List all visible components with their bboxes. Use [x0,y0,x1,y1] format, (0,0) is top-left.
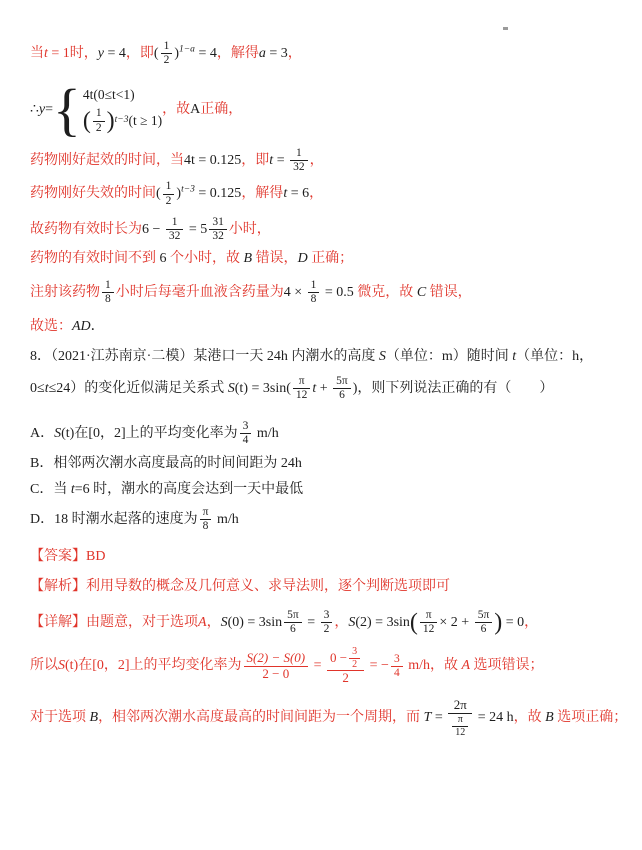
fraction-denominator: 4 [391,667,403,680]
text-segment: ， [207,615,221,630]
math-segment: 4 × [284,285,306,300]
fraction-numerator: 1 [93,107,105,121]
fraction-denominator: 6 [284,623,302,636]
text-segment: 微克，故 [357,285,417,300]
q8-option-a: A．S(t)在[0，2]上的平均变化率为34 m/h [30,420,618,447]
text-segment: 时， [70,46,98,61]
math-segment: = 0 [502,615,524,630]
math-segment: = [431,711,446,726]
text-segment: 故选： [30,319,72,334]
sol7-line4: 药物刚好失效的时间(12)t−3 = 0.125，解得t = 6， [30,180,618,207]
q8-option-d: D．18 时潮水起落的速度为π8 m/h [30,506,618,533]
text-segment: 药物刚好起效的时间，当 [30,153,184,168]
fraction: 5π6 [284,609,302,636]
fraction-denominator: 2 [321,623,333,636]
fraction-denominator: 2 [349,659,360,671]
sol7-line1: 当t = 1时，y = 4，即(12)1−a = 4，解得a = 3， [30,40,618,67]
text-segment: （单位：m）随时间 [386,349,512,364]
answer-letters: AD [72,319,91,334]
q8-answer: 【答案】BD [30,547,618,567]
math-variable: S [379,349,386,364]
fraction-denominator: 2 [163,195,175,208]
big-paren: ( [410,610,418,636]
fraction-denominator: π12 [448,714,472,738]
fraction: 12 [93,107,105,134]
math-segment: = 4 [104,46,126,61]
cases-brace: { [53,85,81,134]
fraction-numerator: π [293,375,311,389]
math-segment: = [273,153,288,168]
option-label: C．当 [30,482,71,497]
fraction-denominator: 4 [240,434,252,447]
text-segment: 小时， [229,222,271,237]
q8-stem-line2: 0≤t≤24）的变化近似满足关系式 S(t) = 3sin(π12t + 5π6… [30,375,618,402]
fraction-numerator: 31 [209,216,227,230]
fraction-denominator: 12 [420,623,438,636]
fraction-numerator: 5π [333,375,351,389]
math-segment: = [310,659,325,674]
fraction-denominator: 12 [452,727,468,739]
q8-option-c: C．当 t=6 时，潮水的高度会达到一天中最低 [30,480,618,500]
fraction-numerator: π [420,609,438,623]
fraction-numerator: 1 [290,147,308,161]
math-segment: = 24 [474,711,503,726]
math-segment: 6 − [142,222,164,237]
piecewise-cases: {4t(0≤t<1)(12)t−3(t ≥ 1) [53,85,162,134]
math-variable: a [259,46,266,61]
fraction: 132 [290,147,308,174]
unit-label: m/h [213,511,238,526]
fraction-denominator: 32 [166,230,184,243]
fraction-numerator: 3 [321,609,333,623]
fraction: π12 [420,609,438,636]
big-paren: ( [83,109,91,133]
text-segment: 选项正确； [554,711,628,726]
math-segment: = 1 [48,46,70,61]
option-letter: B [90,711,99,726]
text-segment: ， [524,615,538,630]
math-segment: 4t = 0.125 [184,153,241,168]
math-variable: S [228,381,235,396]
fraction-denominator: 8 [308,293,320,306]
exponent: 1−a [179,44,195,54]
answer-text: 【答案】BD [30,549,105,564]
text-segment: ， [334,615,348,630]
cases-row-2: (12)t−3(t ≥ 1) [83,107,162,134]
exponent: t−3 [115,116,129,126]
sol7-answer-choice: 故选：AD． [30,317,618,337]
text-segment: 错误， [430,285,472,300]
nested-fraction: π12 [452,714,468,738]
math-segment: (t ≥ 1) [128,111,162,131]
sol7-line7: 注射该药物18小时后每毫升血液含药量为4 × 18 = 0.5 微克，故 C 错… [30,279,618,306]
fraction-numerator: π [200,506,212,520]
option-label: A． [30,426,54,441]
option-letter: B [244,251,256,266]
text-segment: ，故 [162,100,190,120]
fraction-numerator: S(2) − S(0) [244,651,309,667]
math-segment: = [45,100,53,120]
text-segment: ，即 [241,153,269,168]
fraction: 34 [391,653,403,680]
math-segment: = 5 [185,222,207,237]
q8-detail-line2: 所以S(t)在[0，2]上的平均变化率为S(2) − S(0)2 − 0 = 0… [30,646,618,686]
fraction: π8 [200,506,212,533]
text-segment: 【详解】由题意，对于选项 [30,615,198,630]
text-segment: 正确； [311,251,353,266]
q8-detail-line1: 【详解】由题意，对于选项A，S(0) = 3sin5π6 = 32，S(2) =… [30,609,618,636]
text-segment: ，即 [126,46,154,61]
text-segment: （单位：h， [516,349,593,364]
fraction: π12 [293,375,311,402]
q8-option-b: B．相邻两次潮水高度最高的时间间距为 24h [30,454,618,474]
analysis-text: 【解析】利用导数的概念及几何意义、求导法则，逐个判断选项即可 [30,579,450,594]
unit-label: h [503,711,514,726]
cases-row-1: 4t(0≤t<1) [83,85,135,105]
fraction-numerator: 5π [284,609,302,623]
math-segment: 6 [160,251,171,266]
option-letter: B [545,711,554,726]
big-paren: ) [107,109,115,133]
option-letter: A [198,615,207,630]
fraction: 34 [240,420,252,447]
math-segment: 0≤ [30,381,45,396]
fraction: 18 [308,279,320,306]
fraction-numerator: 0 − 32 [327,646,364,671]
fraction-numerator: 3 [349,646,360,659]
fraction: 32 [321,609,333,636]
fraction-numerator: π [452,714,468,727]
fraction-denominator: 2 − 0 [244,667,309,682]
text-segment: 错误， [256,251,298,266]
paren: ( [154,46,159,61]
text-segment: 注射该药物 [30,285,100,300]
q8-stem-line1: 8．（2021·江苏南京·二模）某港口一天 24h 内潮水的高度 S（单位：m）… [30,347,618,367]
text-segment: 对于选项 [30,711,90,726]
text-segment: ， [310,153,324,168]
text-segment: m/h，故 [405,659,462,674]
fraction-denominator: 8 [102,293,114,306]
option-letter: A [461,659,470,674]
sol7-line6: 药物的有效时间不到 6 个小时，故 B 错误，D 正确； [30,249,618,269]
option-label: D．18 时潮水起落的速度为 [30,511,198,526]
therefore-symbol: ∴ [30,100,39,120]
fraction-numerator: 1 [102,279,114,293]
text-segment: 药物的有效时间不到 [30,251,160,266]
text-segment: ． [91,319,105,334]
text-segment: 8．（2021·江苏南京·二模）某港口一天 24h 内潮水的高度 [30,349,379,364]
paren: ( [156,186,161,201]
math-segment: = 0.5 [321,285,357,300]
fraction-denominator: 2 [93,122,105,135]
fraction: 5π6 [475,609,493,636]
math-variable: S [221,615,228,630]
text-segment: 选项错误； [470,659,544,674]
text-segment: 个小时，故 [170,251,244,266]
fraction-denominator: 8 [200,520,212,533]
option-label: B．相邻两次潮水高度最高的时间间距为 24h [30,456,302,471]
q8-detail-line3: 对于选项 B，相邻两次潮水高度最高的时间间距为一个周期，而 T = 2ππ12 … [30,698,618,738]
math-segment: × 2 + [439,615,472,630]
text-segment: 所以 [30,659,58,674]
exponent: t−3 [181,185,195,195]
fraction: 132 [166,216,184,243]
text-segment: (t)在[0，2]上的平均变化率为 [65,659,242,674]
fraction-numerator: 1 [161,40,173,54]
fraction-denominator: 32 [290,161,308,174]
fraction: 12 [163,180,175,207]
text-segment: ≤24）的变化近似满足关系式 [49,381,228,396]
fraction-denominator: 12 [293,389,311,402]
text-segment: 药物刚好失效的时间 [30,186,156,201]
text-segment: ，解得 [241,186,283,201]
math-segment: = 6 [287,186,309,201]
fraction-denominator: 2 [161,54,173,67]
option-letter: D [298,251,312,266]
math-segment: (0) = 3sin [228,615,283,630]
fraction: 5π6 [333,375,351,402]
math-segment: = 3 [266,46,288,61]
math-segment: = [304,615,319,630]
math-segment: = 0.125 [195,186,241,201]
fraction-denominator: 32 [209,230,227,243]
text-segment: =6 时，潮水的高度会达到一天中最低 [75,482,303,497]
fraction-numerator: 5π [475,609,493,623]
text-segment: ，相邻两次潮水高度最高的时间间距为一个周期，而 [98,711,424,726]
text-segment: ， [288,46,302,61]
fraction-numerator: 3 [240,420,252,434]
math-segment: (t) = 3sin( [235,381,291,396]
option-letter: A [190,100,200,120]
document-page: 当t = 1时，y = 4，即(12)1−a = 4，解得a = 3， ∴ y … [0,0,642,738]
text-segment: ，则下列说法正确的有（ ） [357,381,553,396]
fraction-numerator: 3 [391,653,403,667]
text-segment: 当 [30,46,44,61]
text-segment: 小时后每毫升血液含药量为 [116,285,284,300]
math-segment: + [316,381,331,396]
fraction: 12 [161,40,173,67]
text-segment: ，解得 [217,46,259,61]
fraction-numerator: 2π [448,698,472,714]
text-segment: ， [309,186,323,201]
math-segment: (2) = 3sin [355,615,410,630]
text-segment: 故药物有效时长为 [30,222,142,237]
math-segment: = − [366,659,389,674]
fraction-denominator: 6 [333,389,351,402]
fraction-numerator: 1 [308,279,320,293]
text-segment: 正确， [200,100,242,120]
nested-fraction: 32 [349,646,360,670]
fraction-denominator: 6 [475,623,493,636]
q8-analysis: 【解析】利用导数的概念及几何意义、求导法则，逐个判断选项即可 [30,577,618,597]
fraction: 0 − 322 [327,646,364,686]
unit-label: m/h [253,426,278,441]
sol7-line2: ∴ y = {4t(0≤t<1)(12)t−3(t ≥ 1)，故 A 正确， [30,85,618,134]
text-segment: (t)在[0，2]上的平均变化率为 [61,426,238,441]
math-segment: = 4 [195,46,217,61]
text-segment: ，故 [514,711,546,726]
fraction: 18 [102,279,114,306]
fraction: 3132 [209,216,227,243]
cases-rows: 4t(0≤t<1)(12)t−3(t ≥ 1) [83,85,162,134]
fraction-numerator: 1 [163,180,175,194]
fraction-numerator: 1 [166,216,184,230]
sol7-line3: 药物刚好起效的时间，当4t = 0.125，即t = 132， [30,147,618,174]
fraction: S(2) − S(0)2 − 0 [244,651,309,682]
math-segment: 0 − [330,651,347,666]
math-variable: S [58,659,65,674]
fraction-denominator: 2 [327,671,364,686]
fraction: 2ππ12 [448,698,472,738]
sol7-line5: 故药物有效时长为6 − 132 = 53132小时， [30,216,618,243]
option-letter: C [417,285,430,300]
